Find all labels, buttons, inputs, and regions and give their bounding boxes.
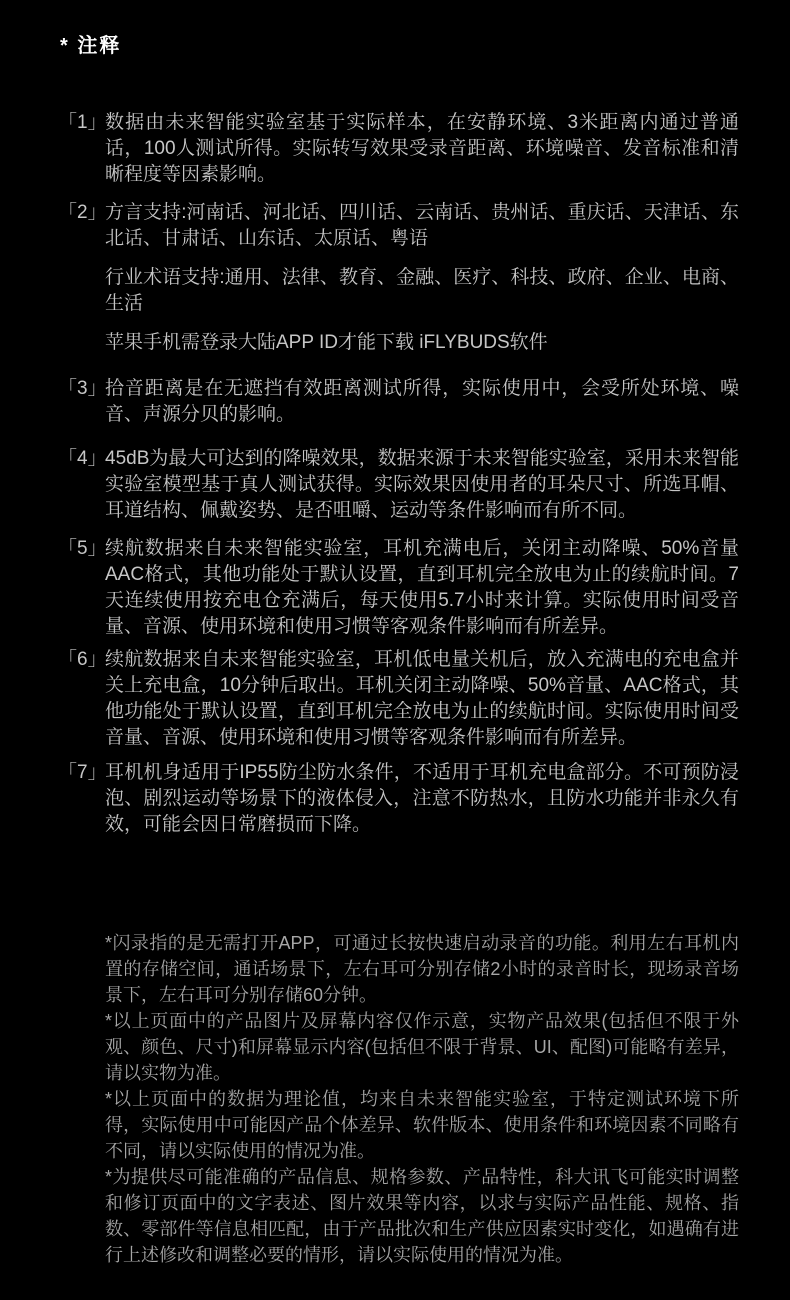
note-marker: 「7」 [58,760,105,786]
note-text: 续航数据来自未来智能实验室，耳机充满电后，关闭主动降噪、50%音量AAC格式，其… [105,536,739,640]
note-body: 数据由未来智能实验室基于实际样本，在安静环境、3米距离内通过普通话，100人测试… [105,110,739,188]
asterisk-footnotes: *闪录指的是无需打开APP，可通过长按快速启动录音的功能。利用左右耳机内置的存储… [105,930,739,1268]
note-text: 续航数据来自未来智能实验室，耳机低电量关机后，放入充满电的充电盒并关上充电盒，1… [105,647,739,751]
note-text: 拾音距离是在无遮挡有效距离测试所得，实际使用中，会受所处环境、噪音、声源分贝的影… [105,376,739,428]
note-text: 方言支持:河南话、河北话、四川话、云南话、贵州话、重庆话、天津话、东北话、甘肃话… [105,200,739,252]
footnote-text: *闪录指的是无需打开APP，可通过长按快速启动录音的功能。利用左右耳机内置的存储… [105,930,739,1008]
note-text: 行业术语支持:通用、法律、教育、金融、医疗、科技、政府、企业、电商、生活 [105,265,739,317]
note-body: 45dB为最大可达到的降噪效果，数据来源于未来智能实验室，采用未来智能实验室模型… [105,446,739,524]
note-text: 45dB为最大可达到的降噪效果，数据来源于未来智能实验室，采用未来智能实验室模型… [105,446,739,524]
footnote-text: *以上页面中的产品图片及屏幕内容仅作示意，实物产品效果(包括但不限于外观、颜色、… [105,1008,739,1086]
note-marker: 「1」 [58,110,105,136]
footnote-text: *以上页面中的数据为理论值，均来自未来智能实验室，于特定测试环境下所得，实际使用… [105,1086,739,1164]
page-title: * 注释 [60,34,790,58]
note-item-2: 「2」 方言支持:河南话、河北话、四川话、云南话、贵州话、重庆话、天津话、东北话… [58,200,790,356]
note-marker: 「3」 [58,376,105,402]
numbered-notes-list: 「1」 数据由未来智能实验室基于实际样本，在安静环境、3米距离内通过普通话，10… [58,110,790,838]
note-item-6: 「6」 续航数据来自未来智能实验室，耳机低电量关机后，放入充满电的充电盒并关上充… [58,647,790,751]
note-item-3: 「3」 拾音距离是在无遮挡有效距离测试所得，实际使用中，会受所处环境、噪音、声源… [58,376,790,428]
disclaimer-page: * 注释 「1」 数据由未来智能实验室基于实际样本，在安静环境、3米距离内通过普… [0,0,790,1300]
note-item-7: 「7」 耳机机身适用于IP55防尘防水条件，不适用于耳机充电盒部分。不可预防浸泡… [58,760,790,838]
note-body: 耳机机身适用于IP55防尘防水条件，不适用于耳机充电盒部分。不可预防浸泡、剧烈运… [105,760,739,838]
note-body: 拾音距离是在无遮挡有效距离测试所得，实际使用中，会受所处环境、噪音、声源分贝的影… [105,376,739,428]
note-text: 苹果手机需登录大陆APP ID才能下载 iFLYBUDS软件 [105,330,739,356]
note-item-5: 「5」 续航数据来自未来智能实验室，耳机充满电后，关闭主动降噪、50%音量AAC… [58,536,790,640]
note-marker: 「4」 [58,446,105,472]
note-body: 续航数据来自未来智能实验室，耳机充满电后，关闭主动降噪、50%音量AAC格式，其… [105,536,739,640]
footnote-text: *为提供尽可能准确的产品信息、规格参数、产品特性，科大讯飞可能实时调整和修订页面… [105,1164,739,1268]
note-item-1: 「1」 数据由未来智能实验室基于实际样本，在安静环境、3米距离内通过普通话，10… [58,110,790,188]
note-marker: 「6」 [58,647,105,673]
note-body: 续航数据来自未来智能实验室，耳机低电量关机后，放入充满电的充电盒并关上充电盒，1… [105,647,739,751]
note-marker: 「2」 [58,200,105,226]
note-marker: 「5」 [58,536,105,562]
note-text: 耳机机身适用于IP55防尘防水条件，不适用于耳机充电盒部分。不可预防浸泡、剧烈运… [105,760,739,838]
note-item-4: 「4」 45dB为最大可达到的降噪效果，数据来源于未来智能实验室，采用未来智能实… [58,446,790,524]
note-body: 方言支持:河南话、河北话、四川话、云南话、贵州话、重庆话、天津话、东北话、甘肃话… [105,200,739,356]
note-text: 数据由未来智能实验室基于实际样本，在安静环境、3米距离内通过普通话，100人测试… [105,110,739,188]
